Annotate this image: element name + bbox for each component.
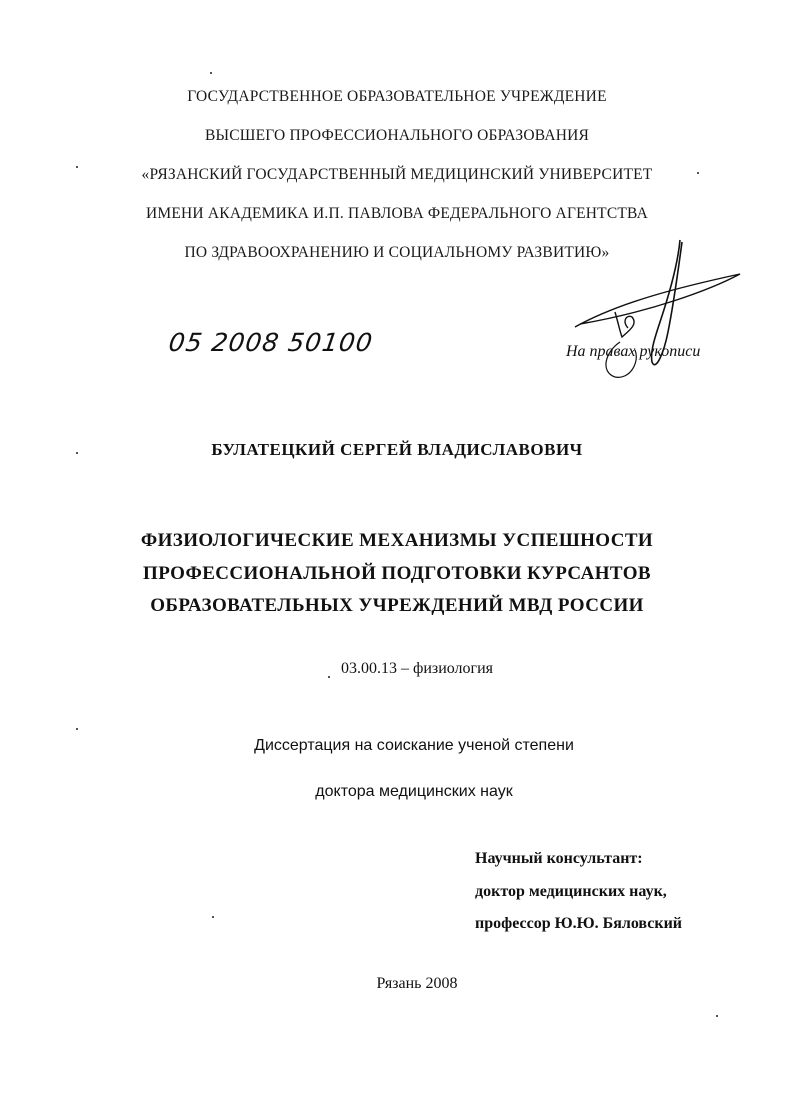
scan-speck [76, 452, 78, 454]
degree-line-1: Диссертация на соискание ученой степени [0, 737, 794, 755]
consultant-name: профессор Ю.Ю. Бяловский [475, 915, 682, 933]
scan-speck [76, 728, 78, 730]
consultant-label: Научный консультант: [475, 850, 643, 868]
degree-line-2: доктора медицинских наук [0, 783, 794, 801]
header-line-4: ИМЕНИ АКАДЕМИКА И.П. ПАВЛОВА ФЕДЕРАЛЬНОГ… [0, 205, 794, 223]
city-year: Рязань 2008 [0, 975, 794, 993]
author-name: БУЛАТЕЦКИЙ СЕРГЕЙ ВЛАДИСЛАВОВИЧ [0, 440, 794, 460]
consultant-degree: доктор медицинских наук, [475, 883, 667, 901]
scan-speck [210, 72, 212, 74]
scan-speck [328, 676, 330, 678]
title-line-2: ПРОФЕССИОНАЛЬНОЙ ПОДГОТОВКИ КУРСАНТОВ [0, 563, 794, 585]
scan-speck [76, 166, 78, 168]
header-line-1: ГОСУДАРСТВЕННОЕ ОБРАЗОВАТЕЛЬНОЕ УЧРЕЖДЕН… [0, 88, 794, 106]
header-line-2: ВЫСШЕГО ПРОФЕССИОНАЛЬНОГО ОБРАЗОВАНИЯ [0, 127, 794, 145]
scan-speck [212, 916, 214, 918]
title-line-1: ФИЗИОЛОГИЧЕСКИЕ МЕХАНИЗМЫ УСПЕШНОСТИ [0, 530, 794, 552]
registration-number: 05 2008 50100 [167, 328, 375, 357]
header-line-3: «РЯЗАНСКИЙ ГОСУДАРСТВЕННЫЙ МЕДИЦИНСКИЙ У… [0, 166, 794, 184]
title-line-3: ОБРАЗОВАТЕЛЬНЫХ УЧРЕЖДЕНИЙ МВД РОССИИ [0, 595, 794, 617]
scan-speck [716, 1015, 718, 1017]
specialty-code: 03.00.13 – физиология [0, 660, 794, 678]
scan-speck [697, 172, 699, 174]
manuscript-note: На правах рукописи [566, 343, 700, 361]
